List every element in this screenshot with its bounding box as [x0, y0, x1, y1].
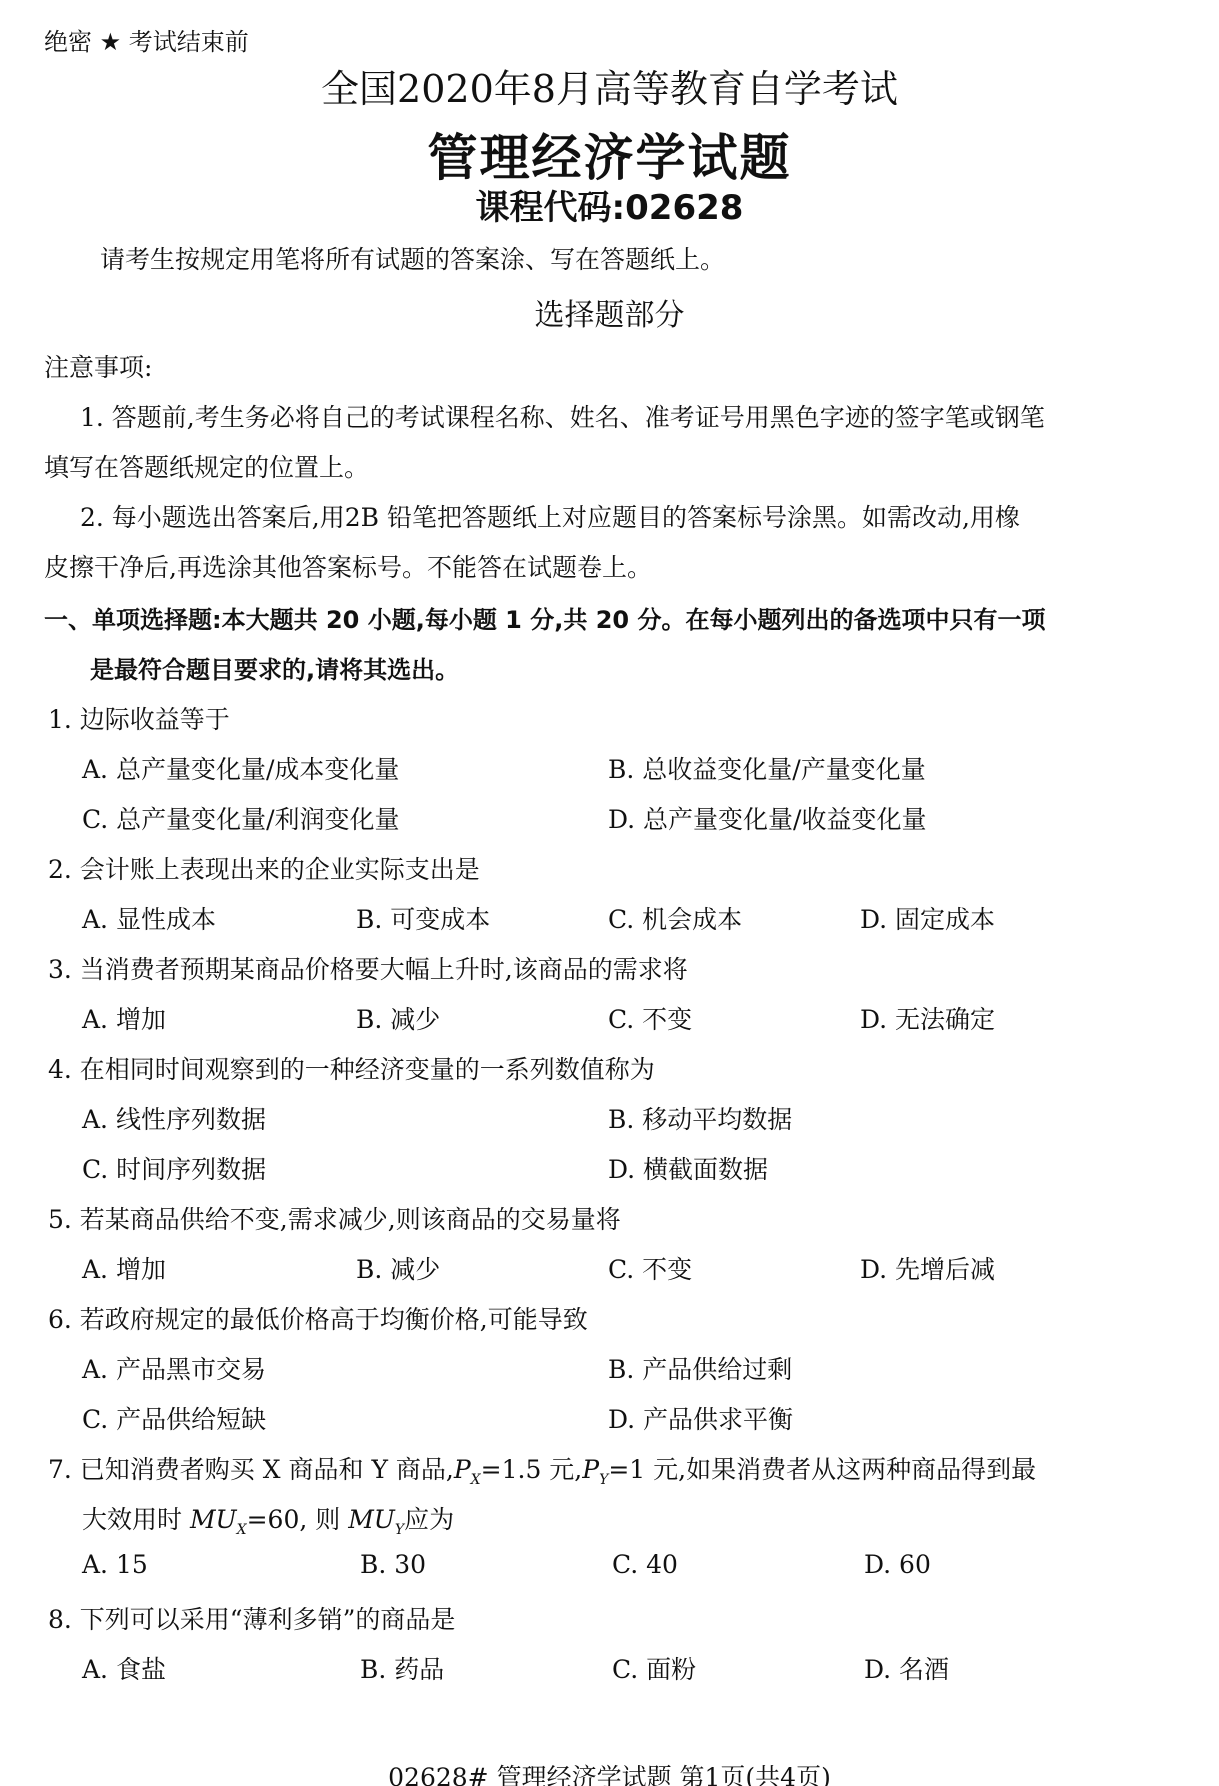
q7-py-label: P — [582, 1455, 599, 1484]
question-1: 1. 边际收益等于 — [48, 700, 230, 736]
section-title: 选择题部分 — [0, 290, 1219, 334]
q1-option-b: B. 总收益变化量/产量变化量 — [608, 750, 926, 786]
course-code: 课程代码:02628 — [0, 180, 1219, 229]
question-8: 8. 下列可以采用“薄利多销”的商品是 — [48, 1600, 455, 1636]
question-6: 6. 若政府规定的最低价格高于均衡价格,可能导致 — [48, 1300, 588, 1336]
q8-option-d: D. 名酒 — [864, 1650, 949, 1686]
q2-option-d: D. 固定成本 — [860, 900, 995, 936]
q1-option-a: A. 总产量变化量/成本变化量 — [82, 750, 399, 786]
q3-option-a: A. 增加 — [82, 1000, 166, 1036]
q3-option-b: B. 减少 — [356, 1000, 440, 1036]
question-2: 2. 会计账上表现出来的企业实际支出是 — [48, 850, 480, 886]
q1-option-c: C. 总产量变化量/利润变化量 — [82, 800, 400, 836]
notice-heading: 注意事项: — [44, 348, 152, 384]
q7-px-sub: X — [471, 1472, 481, 1488]
q4-option-a: A. 线性序列数据 — [82, 1100, 266, 1136]
q8-option-c: C. 面粉 — [612, 1650, 696, 1686]
notice-item-2-cont: 皮擦干净后,再选涂其他答案标号。不能答在试题卷上。 — [44, 548, 652, 584]
q3-option-c: C. 不变 — [608, 1000, 692, 1036]
q7-muy-label: MU — [348, 1505, 395, 1534]
exam-title: 全国2020年8月高等教育自学考试 — [0, 58, 1219, 113]
question-7: 7. 已知消费者购买 X 商品和 Y 商品,PX=1.5 元,PY=1 元,如果… — [48, 1450, 1036, 1488]
notice-item-1: 1. 答题前,考生务必将自己的考试课程名称、姓名、准考证号用黑色字迹的签字笔或钢… — [80, 398, 1045, 434]
q7-option-a: A. 15 — [82, 1550, 148, 1579]
q2-option-c: C. 机会成本 — [608, 900, 742, 936]
q4-option-d: D. 横截面数据 — [608, 1150, 768, 1186]
notice-item-2: 2. 每小题选出答案后,用2B 铅笔把答题纸上对应题目的答案标号涂黑。如需改动,… — [80, 498, 1020, 534]
q5-option-a: A. 增加 — [82, 1250, 166, 1286]
q7-line2-a: 大效用时 — [82, 1505, 190, 1534]
confidential-label: 绝密 ★ 考试结束前 — [44, 22, 249, 57]
q7-mux-sub: X — [237, 1522, 247, 1538]
q7-px-value: =1.5 元, — [481, 1455, 583, 1484]
q4-option-b: B. 移动平均数据 — [608, 1100, 792, 1136]
question-4: 4. 在相同时间观察到的一种经济变量的一系列数值称为 — [48, 1050, 655, 1086]
q7-option-b: B. 30 — [360, 1550, 426, 1579]
q6-option-d: D. 产品供求平衡 — [608, 1400, 793, 1436]
q8-option-b: B. 药品 — [360, 1650, 444, 1686]
page-footer: 02628# 管理经济学试题 第1页(共4页) — [0, 1758, 1219, 1786]
q6-option-c: C. 产品供给短缺 — [82, 1400, 266, 1436]
q7-option-c: C. 40 — [612, 1550, 678, 1579]
q7-stem-part1: 7. 已知消费者购买 X 商品和 Y 商品, — [48, 1455, 454, 1484]
q7-py-sub: Y — [599, 1472, 608, 1488]
q7-muy-value: 应为 — [404, 1505, 454, 1534]
q7-py-value: =1 元,如果消费者从这两种商品得到最 — [608, 1455, 1036, 1484]
q7-px-label: P — [454, 1455, 471, 1484]
q2-option-b: B. 可变成本 — [356, 900, 490, 936]
q7-option-d: D. 60 — [864, 1550, 931, 1579]
notice-item-1-cont: 填写在答题纸规定的位置上。 — [44, 448, 369, 484]
part1-heading: 一、单项选择题:本大题共 20 小题,每小题 1 分,共 20 分。在每小题列出… — [44, 600, 1045, 635]
q5-option-d: D. 先增后减 — [860, 1250, 995, 1286]
question-3: 3. 当消费者预期某商品价格要大幅上升时,该商品的需求将 — [48, 950, 688, 986]
part1-heading-cont: 是最符合题目要求的,请将其选出。 — [90, 650, 459, 685]
q6-option-a: A. 产品黑市交易 — [82, 1350, 266, 1386]
q1-option-d: D. 总产量变化量/收益变化量 — [608, 800, 926, 836]
q7-mux-value: =60, 则 — [247, 1505, 349, 1534]
q3-option-d: D. 无法确定 — [860, 1000, 995, 1036]
q5-option-c: C. 不变 — [608, 1250, 692, 1286]
question-7-cont: 大效用时 MUX=60, 则 MUY应为 — [82, 1500, 454, 1538]
q7-muy-sub: Y — [395, 1522, 404, 1538]
q6-option-b: B. 产品供给过剩 — [608, 1350, 792, 1386]
q8-option-a: A. 食盐 — [82, 1650, 166, 1686]
q2-option-a: A. 显性成本 — [82, 900, 216, 936]
q5-option-b: B. 减少 — [356, 1250, 440, 1286]
question-5: 5. 若某商品供给不变,需求减少,则该商品的交易量将 — [48, 1200, 621, 1236]
instruction-text: 请考生按规定用笔将所有试题的答案涂、写在答题纸上。 — [100, 240, 725, 276]
q4-option-c: C. 时间序列数据 — [82, 1150, 266, 1186]
q7-mux-label: MU — [190, 1505, 237, 1534]
